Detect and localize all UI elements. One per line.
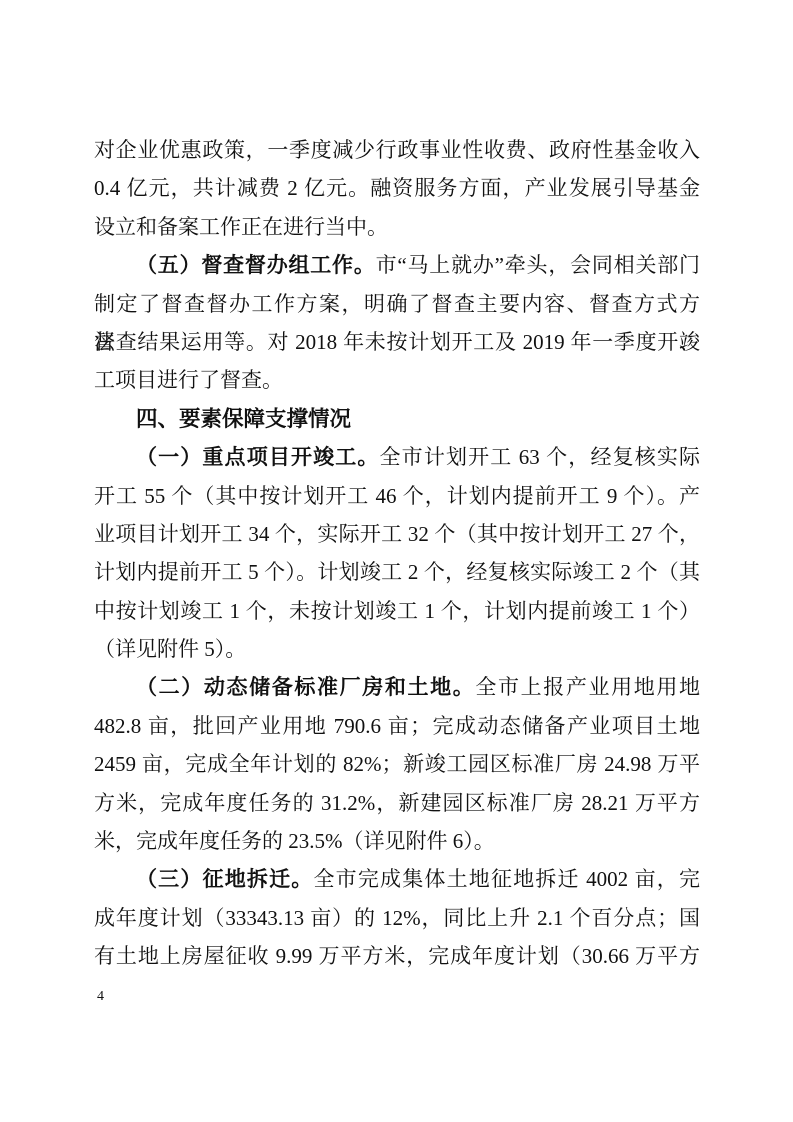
page-number: 4 <box>97 989 104 1005</box>
paragraph: （五）督查督办组工作。市“马上就办”牵头，会同相关部门制定了督查督办工作方案，明… <box>94 246 700 400</box>
text-line: （三）征地拆迁。全市完成集体土地征地拆迁 4002 亩，完 <box>94 860 700 898</box>
document-page: 对企业优惠政策，一季度减少行政事业性收费、政府性基金收入0.4 亿元，共计减费 … <box>0 0 793 1122</box>
text-line: 督查结果运用等。对 2018 年未按计划开工及 2019 年一季度开竣 <box>94 323 700 361</box>
text-line: 米，完成年度任务的 23.5%（详见附件 6）。 <box>94 822 700 860</box>
text-line: （一）重点项目开竣工。全市计划开工 63 个，经复核实际 <box>94 438 700 476</box>
paragraph: 对企业优惠政策，一季度减少行政事业性收费、政府性基金收入0.4 亿元，共计减费 … <box>94 131 700 246</box>
paragraph: （二）动态储备标准厂房和土地。全市上报产业用地用地482.8 亩，批回产业用地 … <box>94 668 700 860</box>
text-line: （二）动态储备标准厂房和土地。全市上报产业用地用地 <box>94 668 700 706</box>
text-line: 有土地上房屋征收 9.99 万平方米，完成年度计划（30.66 万平方 <box>94 937 700 975</box>
text-line: 中按计划竣工 1 个，未按计划竣工 1 个，计划内提前竣工 1 个） <box>94 592 700 630</box>
paragraph-lead: （三）征地拆迁。 <box>136 867 314 891</box>
text-line: 方米，完成年度任务的 31.2%，新建园区标准厂房 28.21 万平方 <box>94 784 700 822</box>
text-line: 成年度计划（33343.13 亩）的 12%，同比上升 2.1 个百分点；国 <box>94 899 700 937</box>
text-line: 工项目进行了督查。 <box>94 361 700 399</box>
text-line: 制定了督查督办工作方案，明确了督查主要内容、督查方式方法、 <box>94 285 700 323</box>
text-line: 设立和备案工作正在进行当中。 <box>94 208 700 246</box>
text-line: （五）督查督办组工作。市“马上就办”牵头，会同相关部门 <box>94 246 700 284</box>
paragraph-lead: （五）督查督办组工作。 <box>136 253 376 277</box>
paragraph-lead: （二）动态储备标准厂房和土地。 <box>136 675 475 699</box>
text-line: 对企业优惠政策，一季度减少行政事业性收费、政府性基金收入 <box>94 131 700 169</box>
text-line: 开工 55 个（其中按计划开工 46 个，计划内提前开工 9 个）。产 <box>94 477 700 515</box>
text-line: 业项目计划开工 34 个，实际开工 32 个（其中按计划开工 27 个， <box>94 515 700 553</box>
text-line: 2459 亩，完成全年计划的 82%；新竣工园区标准厂房 24.98 万平 <box>94 745 700 783</box>
text-line: 0.4 亿元，共计减费 2 亿元。融资服务方面，产业发展引导基金 <box>94 169 700 207</box>
text-line: 482.8 亩，批回产业用地 790.6 亩；完成动态储备产业项目土地 <box>94 707 700 745</box>
paragraph: （一）重点项目开竣工。全市计划开工 63 个，经复核实际开工 55 个（其中按计… <box>94 438 700 668</box>
section-heading: 四、要素保障支撑情况 <box>94 400 700 438</box>
paragraph-lead: （一）重点项目开竣工。 <box>136 445 380 469</box>
text-content: 对企业优惠政策，一季度减少行政事业性收费、政府性基金收入0.4 亿元，共计减费 … <box>94 131 700 976</box>
text-line: 四、要素保障支撑情况 <box>94 400 700 438</box>
text-line: （详见附件 5）。 <box>94 630 700 668</box>
paragraph: （三）征地拆迁。全市完成集体土地征地拆迁 4002 亩，完成年度计划（33343… <box>94 860 700 975</box>
text-line: 计划内提前开工 5 个）。计划竣工 2 个，经复核实际竣工 2 个（其 <box>94 553 700 591</box>
